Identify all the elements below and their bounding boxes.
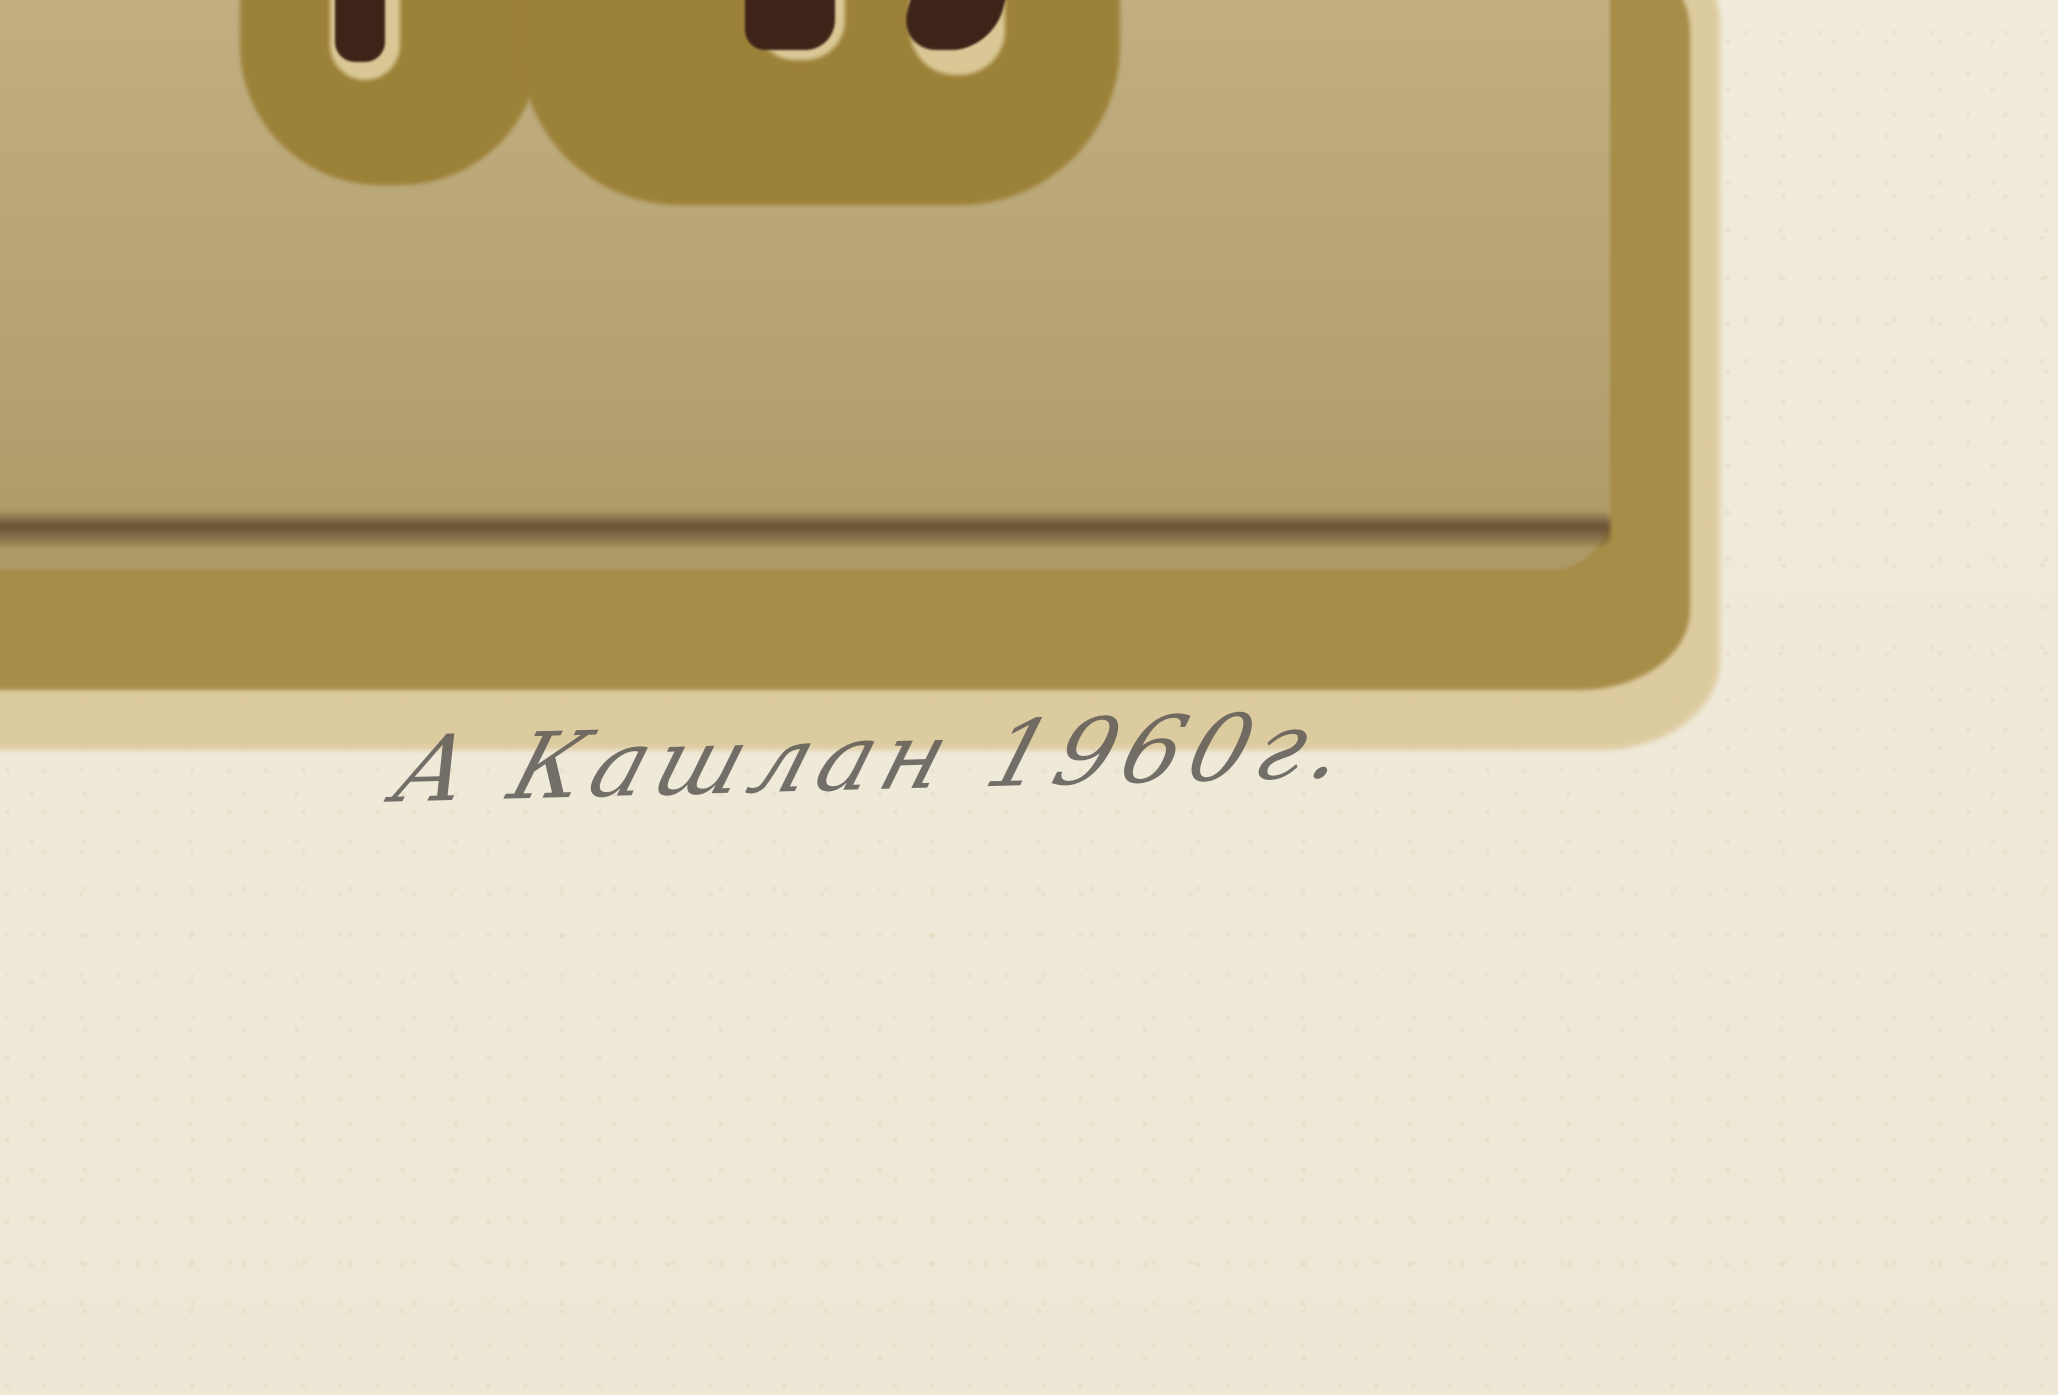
ink-mark-mid: [745, 0, 835, 50]
print-dark-edge: [0, 510, 1610, 546]
ink-mark-left: [335, 0, 385, 62]
